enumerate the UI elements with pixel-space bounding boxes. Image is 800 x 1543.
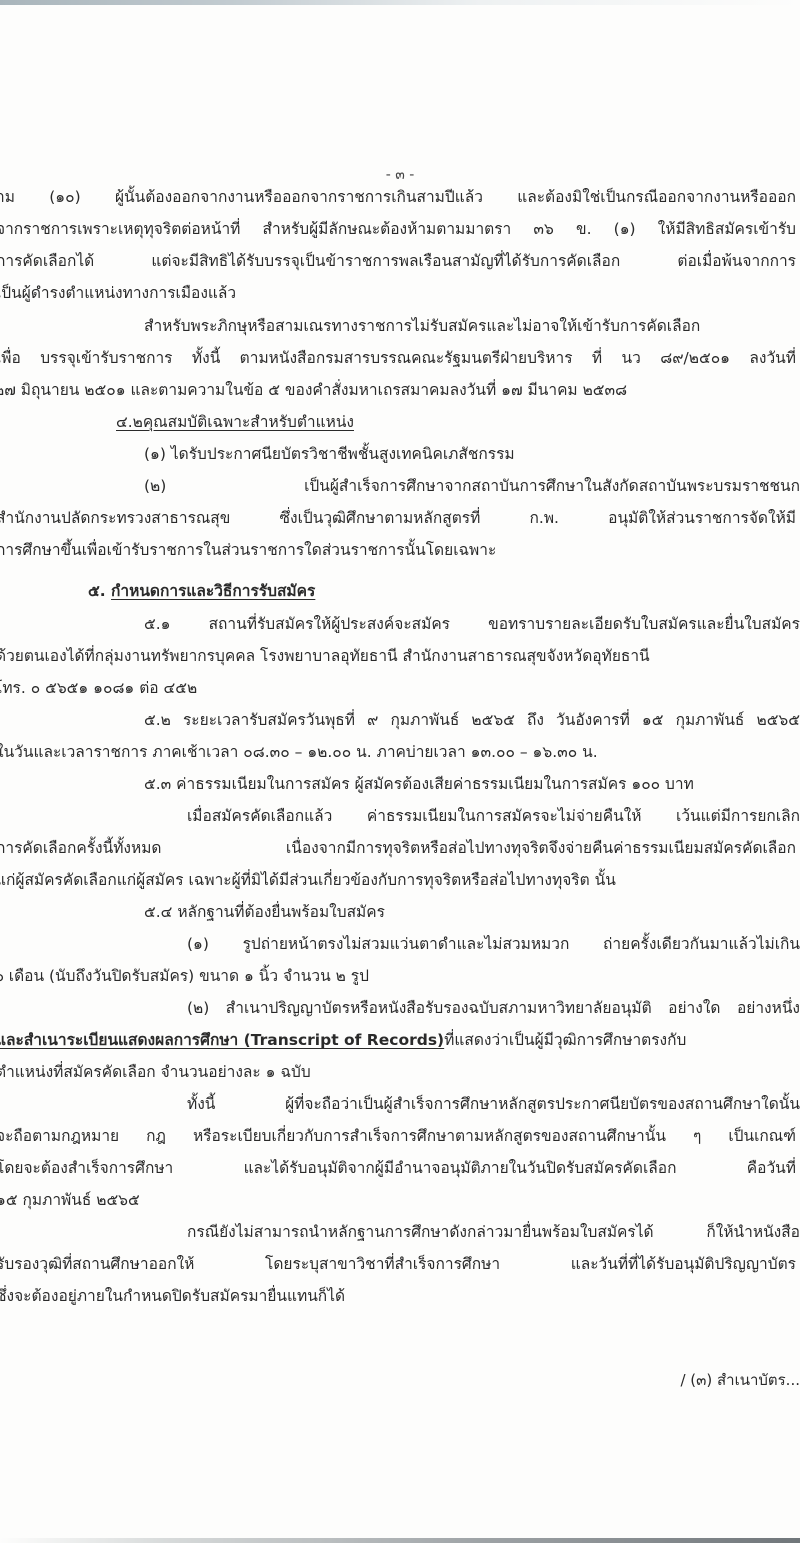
continuation-note: / (๓) สำเนาบัตร...: [680, 1368, 800, 1392]
paragraph-line: ซึ่งจะต้องอยู่ภายในกำหนดปิดรับสมัครมายื่…: [0, 1286, 345, 1306]
paragraph-line: ๕.๑ สถานที่รับสมัครให้ผู้ประสงค์จะสมัคร …: [144, 614, 800, 634]
document-page: - ๓ - าม (๑๐) ผู้นั้นต้องออกจากงานหรือออ…: [0, 0, 800, 1543]
paragraph-line: แก่ผู้สมัครคัดเลือกแก่ผู้สมัคร เฉพาะผู้ท…: [0, 870, 616, 890]
list-item: (๑) รูปถ่ายหน้าตรงไม่สวมแว่นตาดำและไม่สว…: [187, 934, 800, 954]
paragraph-line: การคัดเลือกครั้งนี้ทั้งหมด เนื่องจากมีกา…: [0, 838, 796, 858]
paragraph-line: ในวันและเวลาราชการ ภาคเช้าเวลา ๐๘.๓๐ – ๑…: [0, 742, 598, 762]
section-number: ๕.: [88, 582, 111, 600]
paragraph-line: โดยจะต้องสำเร็จการศึกษา และได้รับอนุมัติ…: [0, 1158, 796, 1178]
list-item-continued: ตำแหน่งที่สมัครคัดเลือก จำนวนอย่างละ ๑ ฉ…: [0, 1062, 311, 1082]
section-title: กำหนดการและวิธีการรับสมัคร: [111, 582, 315, 600]
list-item: (๑) ไดรับประกาศนียบัตรวิชาชีพชั้นสูงเทคน…: [144, 444, 515, 464]
paragraph-line: เป็นผู้ดำรงตำแหน่งทางการเมืองแล้ว: [0, 283, 236, 303]
paragraph-line: ๕.๓ ค่าธรรมเนียมในการสมัคร ผู้สมัครต้องเ…: [144, 774, 694, 794]
paragraph-line: เพื่อ บรรจุเข้ารับราชการ ทั้งนี้ ตามหนัง…: [0, 348, 796, 368]
paragraph-line: กรณียังไม่สามารถนำหลักฐานการศึกษาดังกล่า…: [187, 1222, 800, 1242]
paragraph-line: เมื่อสมัครคัดเลือกแล้ว ค่าธรรมเนียมในการ…: [187, 806, 800, 826]
paragraph-line: ๑๕ กุมภาพันธ์ ๒๕๖๕: [0, 1190, 140, 1210]
paragraph-line: าม (๑๐) ผู้นั้นต้องออกจากงานหรือออกจากรา…: [0, 187, 796, 207]
paragraph-line: ทั้งนี้ ผู้ที่จะถือว่าเป็นผู้สำเร็จการศึ…: [187, 1094, 800, 1114]
paragraph-text: ที่แสดงว่าเป็นผู้มีวุฒิการศึกษาตรงกับ: [444, 1031, 686, 1049]
paragraph-line: การคัดเลือกได้ แต่จะมีสิทธิได้รับบรรจุเป…: [0, 251, 796, 271]
list-item-continued: ๖ เดือน (นับถึงวันปิดรับสมัคร) ขนาด ๑ นิ…: [0, 966, 369, 986]
paragraph-line: สำนักงานปลัดกระทรวงสาธารณสุข ซึ่งเป็นวุฒ…: [0, 508, 796, 528]
section-heading-5: ๕. กำหนดการและวิธีการรับสมัคร: [88, 581, 315, 601]
paragraph-line: ด้วยตนเองได้ที่กลุ่มงานทรัพยากรบุคคล โรง…: [0, 646, 650, 666]
paragraph-line: ๕.๒ ระยะเวลารับสมัครวันพุธที่ ๙ กุมภาพัน…: [144, 710, 800, 730]
page-number: - ๓ -: [0, 164, 800, 186]
transcript-emphasis: และสำเนาระเบียนแสดงผลการศึกษา (Transcrip…: [0, 1031, 444, 1049]
scan-edge-bottom: [0, 1538, 800, 1543]
paragraph-line: ๕.๔ หลักฐานที่ต้องยื่นพร้อมใบสมัคร: [144, 902, 385, 922]
section-heading-4-2: ๔.๒คุณสมบัติเฉพาะสำหรับตำแหน่ง: [116, 412, 354, 432]
paragraph-line: โทร. ๐ ๕๖๕๑ ๑๐๘๑ ต่อ ๔๕๒: [0, 678, 197, 698]
paragraph-line: รับรองวุฒิที่สถานศึกษาออกให้ โดยระบุสาขา…: [0, 1254, 796, 1274]
paragraph-line: การศึกษาขึ้นเพื่อเข้ารับราชการในส่วนราชก…: [0, 540, 496, 560]
list-item-continued: และสำเนาระเบียนแสดงผลการศึกษา (Transcrip…: [0, 1030, 686, 1050]
list-item: (๒) เป็นผู้สำเร็จการศึกษาจากสถาบันการศึก…: [144, 476, 800, 496]
paragraph-line: ๒๗ มิถุนายน ๒๕๐๑ และตามความในข้อ ๕ ของคำ…: [0, 380, 627, 400]
paragraph-line: สำหรับพระภิกษุหรือสามเณรทางราชการไม่รับส…: [144, 316, 800, 336]
list-item: (๒) สำเนาปริญญาบัตรหรือหนังสือรับรองฉบับ…: [187, 998, 800, 1018]
paragraph-line: จะถือตามกฎหมาย กฎ หรือระเบียบเกี่ยวกับกา…: [0, 1126, 796, 1146]
paragraph-line: จากราชการเพราะเหตุทุจริตต่อหน้าที่ สำหรั…: [0, 219, 796, 239]
